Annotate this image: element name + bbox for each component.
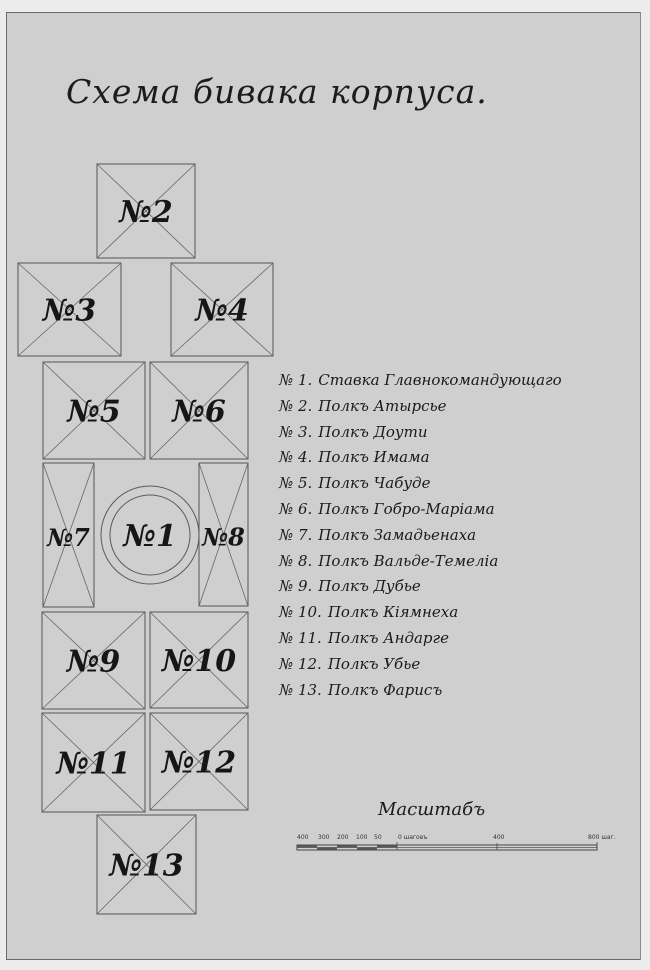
legend-item: № 1.Ставка Главнокомандующаго [279, 368, 562, 394]
legend-item: № 4.Полкъ Имама [279, 445, 562, 471]
legend-text: Полкъ Андарге [328, 629, 449, 647]
scale-title: Масштабъ [378, 799, 485, 820]
legend-item: № 12.Полкъ Убье [279, 652, 562, 678]
legend-text: Полкъ Вальде-Темеліа [318, 552, 498, 570]
scale-tick-label: 100 [356, 834, 367, 841]
legend-text: Полкъ Дубье [318, 577, 420, 595]
legend-item: № 11.Полкъ Андарге [279, 626, 562, 652]
camp-block: №7 [43, 463, 94, 607]
camp-block: №10 [150, 612, 248, 708]
camp-block-label: №2 [117, 195, 172, 230]
legend-number: № 1. [279, 368, 312, 394]
legend-item: № 5.Полкъ Чабуде [279, 471, 562, 497]
legend-text: Полкъ Кіямнеха [328, 603, 458, 621]
legend-item: № 8.Полкъ Вальде-Темеліа [279, 549, 562, 575]
scale-tick-label: 400 [493, 834, 504, 841]
camp-block-label: №13 [107, 849, 183, 884]
legend-item: № 13.Полкъ Фарисъ [279, 678, 562, 704]
camp-block: №3 [18, 263, 121, 356]
camp-block-label: №3 [41, 294, 96, 329]
legend-text: Ставка Главнокомандующаго [318, 371, 561, 389]
legend-text: Полкъ Атырсье [318, 397, 446, 415]
camp-block: №4 [171, 263, 273, 356]
camp-block-label: №5 [65, 395, 120, 430]
legend-text: Полкъ Чабуде [318, 474, 430, 492]
legend-text: Полкъ Фарисъ [328, 681, 442, 699]
scale-tick-label: 300 [318, 834, 329, 841]
legend-item: № 10.Полкъ Кіямнеха [279, 600, 562, 626]
legend-text: Полкъ Имама [318, 448, 429, 466]
legend-number: № 11. [279, 626, 322, 652]
legend-number: № 6. [279, 497, 312, 523]
legend-number: № 4. [279, 445, 312, 471]
camp-block: №13 [97, 815, 196, 914]
scale-bar [297, 842, 597, 850]
legend-item: № 7.Полкъ Замадьенаха [279, 523, 562, 549]
legend-number: № 2. [279, 394, 312, 420]
scale-tick-label: 400 [297, 834, 308, 841]
camp-block-label: №11 [54, 747, 130, 782]
camp-block-label: №12 [160, 746, 236, 781]
legend-item: № 6.Полкъ Гобро-Маріама [279, 497, 562, 523]
legend-number: № 8. [279, 549, 312, 575]
camp-block: №12 [150, 713, 248, 810]
legend-number: № 10. [279, 600, 322, 626]
scale-tick-label: 200 [337, 834, 348, 841]
camp-block-label: №8 [201, 523, 245, 552]
camp-block: №9 [42, 612, 145, 709]
legend-text: Полкъ Доути [318, 423, 427, 441]
legend-text: Полкъ Убье [328, 655, 420, 673]
legend-number: № 5. [279, 471, 312, 497]
legend-text: Полкъ Замадьенаха [318, 526, 476, 544]
camp-block-label: №6 [170, 395, 226, 430]
headquarters-label: №1 [121, 519, 176, 554]
camp-block: №2 [97, 164, 195, 258]
legend-item: № 9.Полкъ Дубье [279, 574, 562, 600]
legend-number: № 12. [279, 652, 322, 678]
camp-block: №5 [43, 362, 145, 459]
headquarters-circle: №1 [101, 486, 199, 584]
legend-list: № 1.Ставка Главнокомандующаго№ 2.Полкъ А… [279, 368, 562, 703]
legend-number: № 9. [279, 574, 312, 600]
legend-number: № 13. [279, 678, 322, 704]
camp-block-label: №10 [160, 644, 236, 679]
camp-block: №6 [150, 362, 248, 459]
legend-number: № 3. [279, 420, 312, 446]
scale-tick-label: 0 шаговъ [398, 834, 428, 841]
legend-item: № 2.Полкъ Атырсье [279, 394, 562, 420]
camp-block-label: №9 [65, 645, 121, 680]
legend-item: № 3.Полкъ Доути [279, 420, 562, 446]
scale-tick-label: 50 [374, 834, 382, 841]
camp-block: №8 [199, 463, 248, 606]
camp-block: №11 [42, 713, 145, 812]
camp-block-label: №7 [46, 523, 90, 552]
scale-tick-label: 800 шаг. [588, 834, 616, 841]
legend-number: № 7. [279, 523, 312, 549]
legend-text: Полкъ Гобро-Маріама [318, 500, 494, 518]
camp-block-label: №4 [193, 294, 248, 329]
